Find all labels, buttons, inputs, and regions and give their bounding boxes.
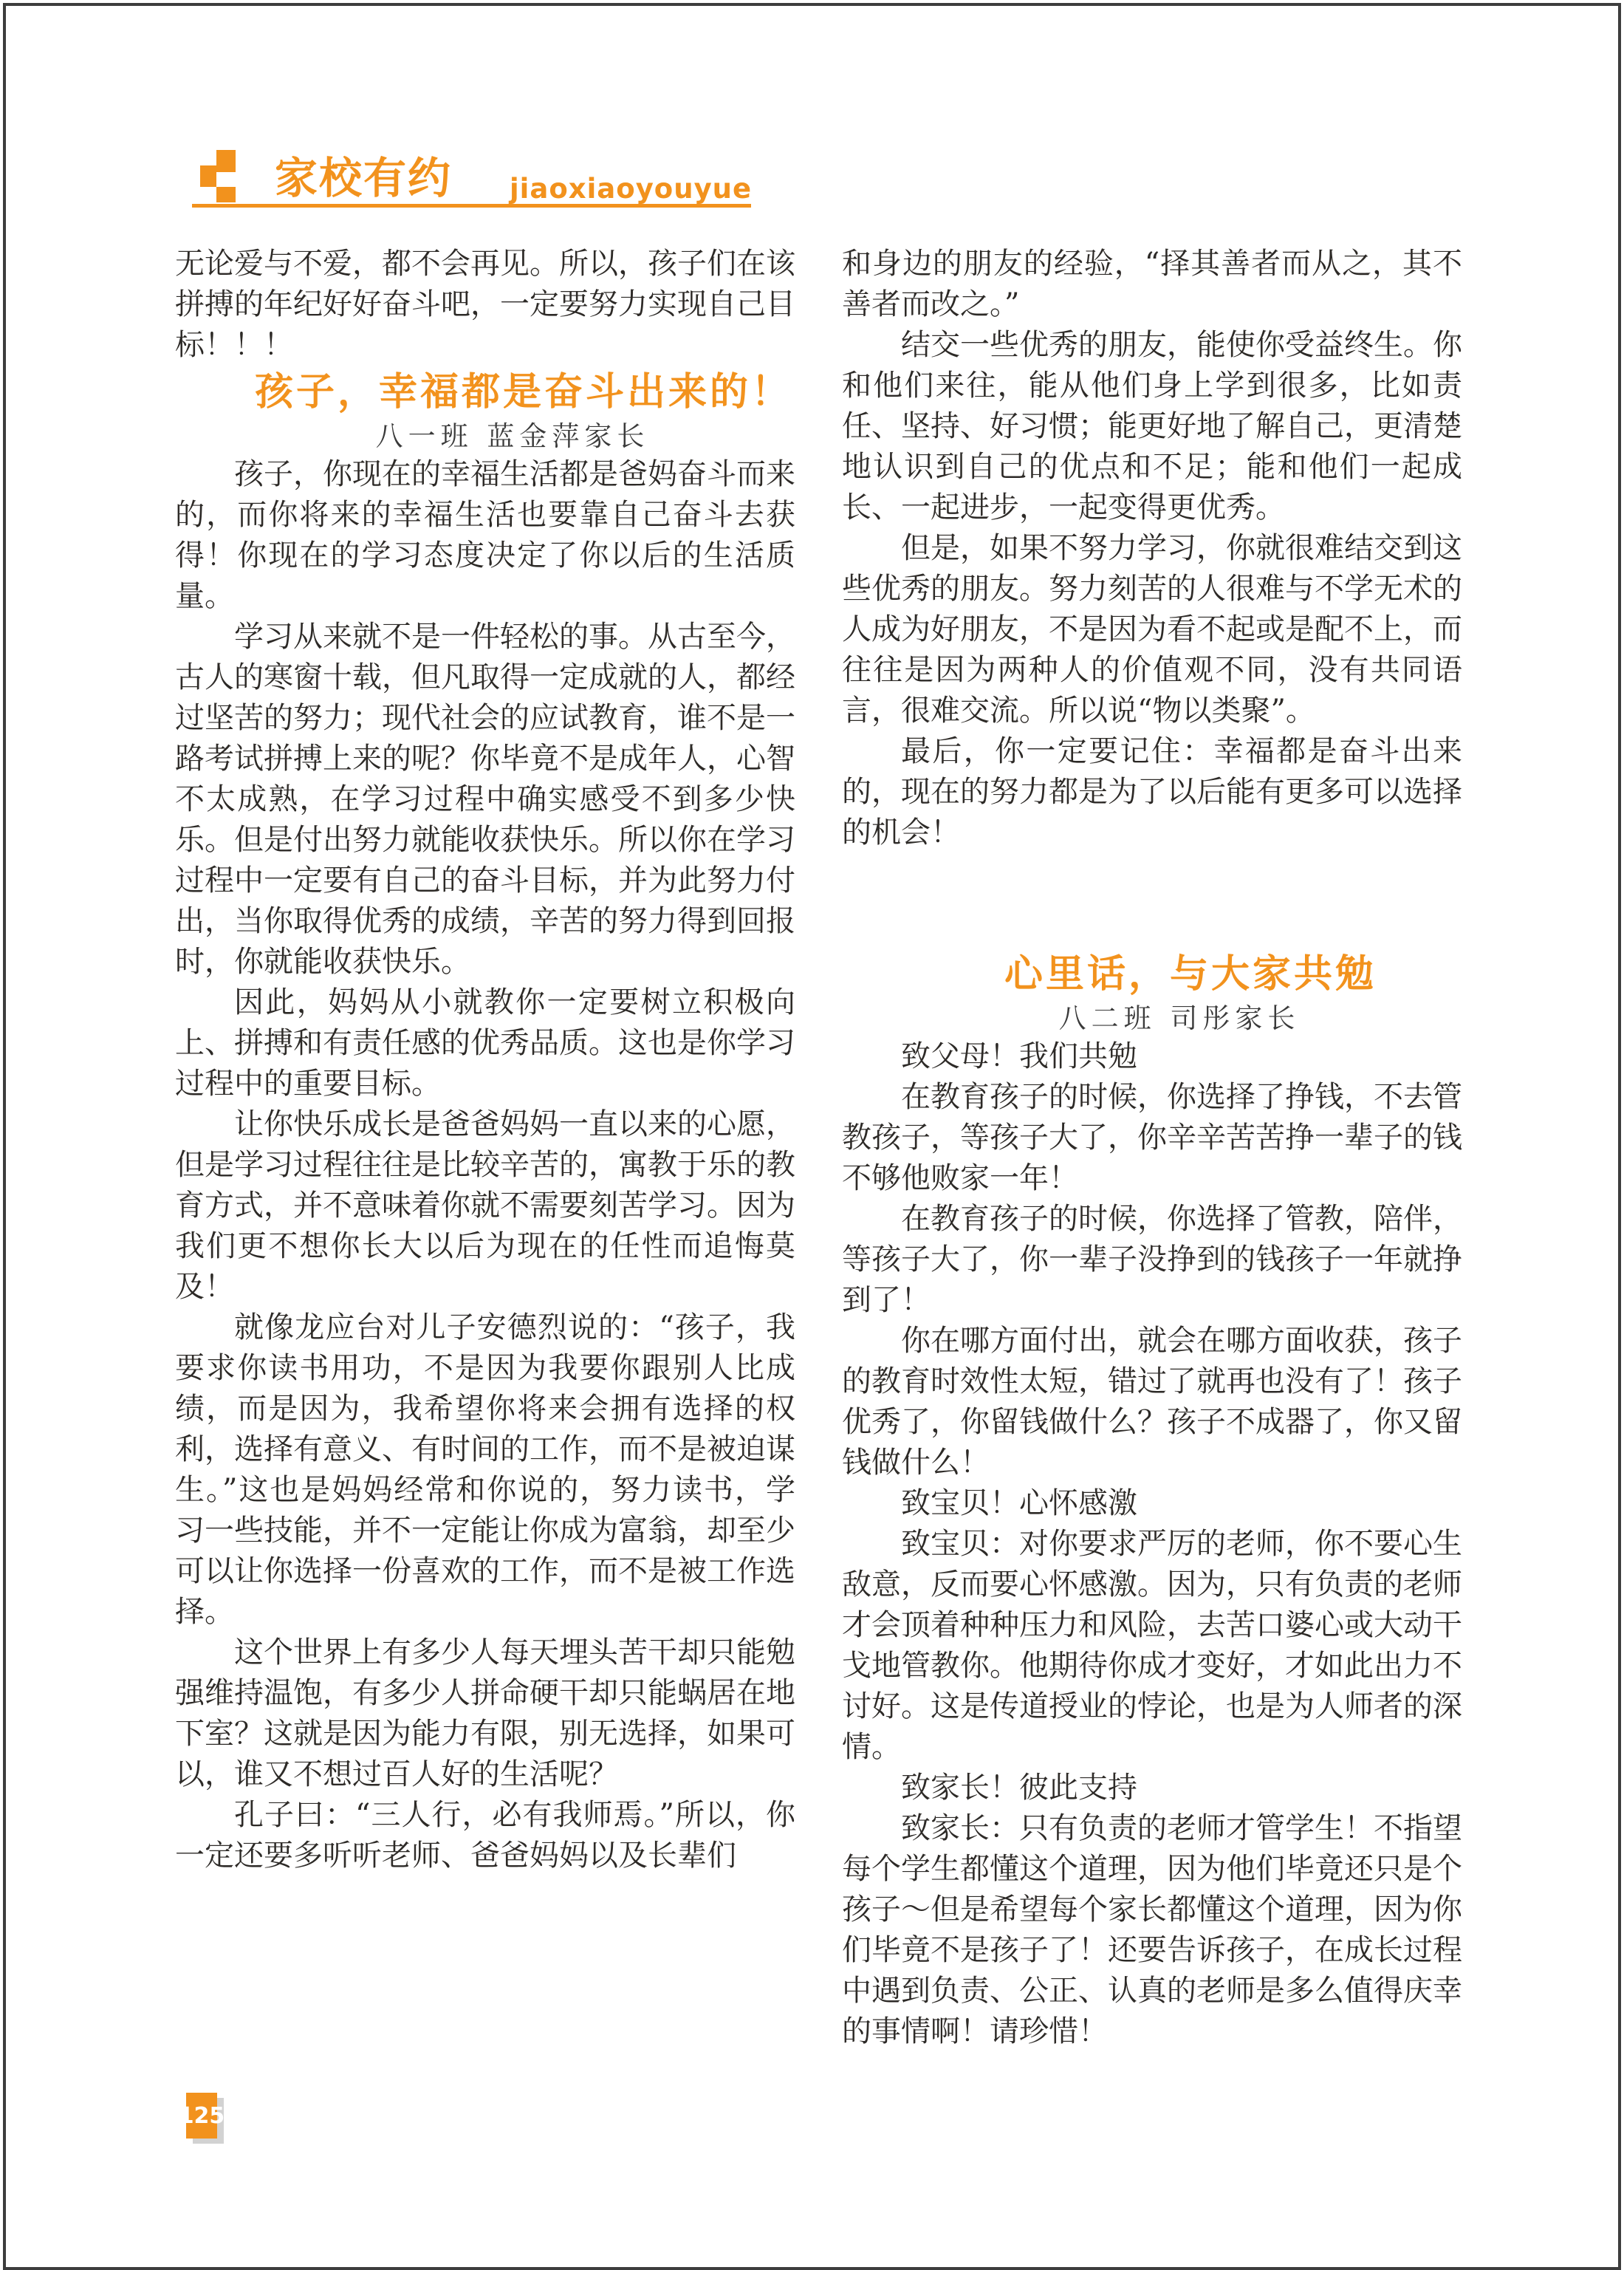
paragraph: 最后，你一定要记住：幸福都是奋斗出来的，现在的努力都是为了以后能有更多可以选择的…: [842, 731, 1462, 853]
paragraph: 在教育孩子的时候，你选择了挣钱，不去管教孩子，等孩子大了，你辛辛苦苦挣一辈子的钱…: [842, 1077, 1462, 1199]
paragraph: 和身边的朋友的经验，“择其善者而从之，其不善者而改之。”: [842, 244, 1462, 325]
paragraph: 但是，如果不努力学习，你就很难结交到这些优秀的朋友。努力刻苦的人很难与不学无术的…: [842, 528, 1462, 731]
article1-byline: 八一班 蓝金萍家长: [175, 419, 795, 454]
paragraph: 孔子曰：“三人行，必有我师焉。”所以，你一定还要多听听老师、爸爸妈妈以及长辈们: [175, 1795, 795, 1876]
paragraph: 孩子，你现在的幸福生活都是爸妈奋斗而来的，而你将来的幸福生活也要靠自己奋斗去获得…: [175, 454, 795, 617]
left-column: 无论爱与不爱，都不会再见。所以，孩子们在该拼搏的年纪好好奋斗吧，一定要努力实现自…: [175, 244, 795, 1876]
paragraph: 无论爱与不爱，都不会再见。所以，孩子们在该拼搏的年纪好好奋斗吧，一定要努力实现自…: [175, 244, 795, 366]
paragraph: 致家长！彼此支持: [842, 1768, 1462, 1808]
paragraph: 致宝贝！心怀感激: [842, 1483, 1462, 1524]
paragraph: 学习从来就不是一件轻松的事。从古至今，古人的寒窗十载，但凡取得一定成就的人，都经…: [175, 617, 795, 982]
paragraph: 这个世界上有多少人每天埋头苦干却只能勉强维持温饱，有多少人拼命硬干却只能蜗居在地…: [175, 1633, 795, 1795]
brand-logo-square-icon: [216, 187, 236, 202]
section-title-pinyin: jiaoxiaoyouyue: [510, 173, 752, 205]
article2-title: 心里话，与大家共勉: [842, 948, 1462, 1001]
right-column: 和身边的朋友的经验，“择其善者而从之，其不善者而改之。” 结交一些优秀的朋友，能…: [842, 244, 1462, 2052]
paragraph: 让你快乐成长是爸爸妈妈一直以来的心愿，但是学习过程往往是比较辛苦的，寓教于乐的教…: [175, 1104, 795, 1307]
brand-logo-square-icon: [200, 165, 216, 187]
brand-logo-square-icon: [216, 150, 236, 172]
paragraph: 致家长：只有负责的老师才管学生！不指望每个学生都懂这个道理，因为他们毕竟还只是个…: [842, 1808, 1462, 2052]
section-title: 家校有约: [275, 152, 452, 204]
paragraph: 致宝贝：对你要求严厉的老师，你不要心生敌意，反而要心怀感激。因为，只有负责的老师…: [842, 1524, 1462, 1768]
header-underline: [192, 204, 751, 208]
page-number-badge: 125: [186, 2093, 217, 2139]
article2-byline: 八二班 司彤家长: [842, 1001, 1462, 1036]
paragraph: 结交一些优秀的朋友，能使你受益终生。你和他们来往，能从他们身上学到很多，比如责任…: [842, 325, 1462, 528]
paragraph: 在教育孩子的时候，你选择了管教，陪伴，等孩子大了，你一辈子没挣到的钱孩子一年就挣…: [842, 1199, 1462, 1321]
paragraph: 就像龙应台对儿子安德烈说的：“孩子，我要求你读书用功，不是因为我要你跟别人比成绩…: [175, 1307, 795, 1633]
paragraph: 因此，妈妈从小就教你一定要树立积极向上、拼搏和有责任感的优秀品质。这也是你学习过…: [175, 982, 795, 1104]
magazine-page: 家校有约 jiaoxiaoyouyue 无论爱与不爱，都不会再见。所以，孩子们在…: [0, 0, 1624, 2270]
article1-title: 孩子，幸福都是奋斗出来的！: [175, 366, 795, 419]
paragraph: 致父母！我们共勉: [842, 1036, 1462, 1077]
paragraph: 你在哪方面付出，就会在哪方面收获，孩子的教育时效性太短，错过了就再也没有了！孩子…: [842, 1321, 1462, 1483]
